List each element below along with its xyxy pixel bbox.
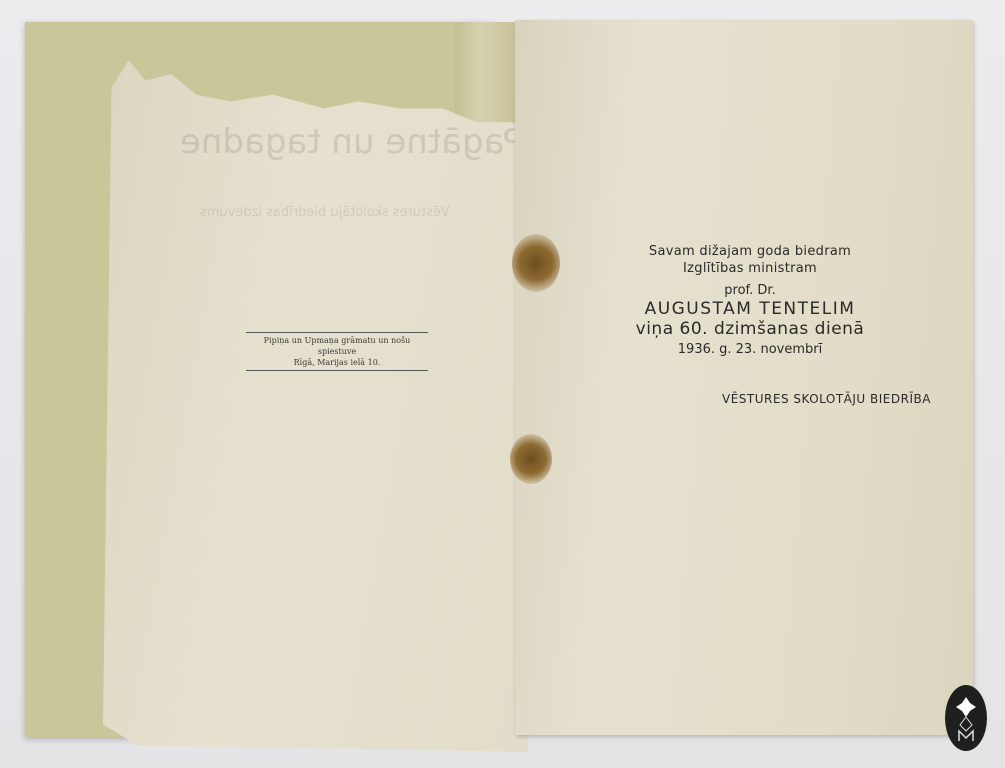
dedication-date: 1936. g. 23. novembrī bbox=[600, 342, 900, 357]
printer-line-1: Pipiņa un Upmaņa grāmatu un nošu spiestu… bbox=[246, 335, 428, 357]
dedication-text: Savam dižajam goda biedram Izglītības mi… bbox=[600, 243, 900, 357]
torn-left-page bbox=[103, 60, 528, 752]
dedication-line-1: Savam dižajam goda biedram bbox=[600, 243, 900, 260]
stain-upper bbox=[512, 234, 560, 292]
folk-ornament-logo-icon bbox=[945, 685, 987, 751]
show-through-title: Pagātne un tagadne bbox=[180, 122, 523, 162]
dedication-line-2: Izglītības ministram bbox=[600, 260, 900, 277]
right-page bbox=[515, 20, 973, 735]
printer-imprint: Pipiņa un Upmaņa grāmatu un nošu spiestu… bbox=[246, 332, 428, 371]
society-signature: VĒSTURES SKOLOTĀJU BIEDRĪBA bbox=[722, 392, 931, 406]
printer-line-2: Rīgā, Marijas ielā 10. bbox=[246, 357, 428, 368]
show-through-subtitle: Vēstures skolotāju biedrības izdevums bbox=[200, 205, 450, 220]
dedication-line-3: prof. Dr. bbox=[600, 283, 900, 298]
dedication-name: AUGUSTAM TENTELIM bbox=[600, 299, 900, 319]
book-photo: Pagātne un tagadne Vēstures skolotāju bi… bbox=[0, 0, 1005, 768]
dedication-line-5: viņa 60. dzimšanas dienā bbox=[600, 319, 900, 339]
stain-lower bbox=[510, 434, 552, 484]
